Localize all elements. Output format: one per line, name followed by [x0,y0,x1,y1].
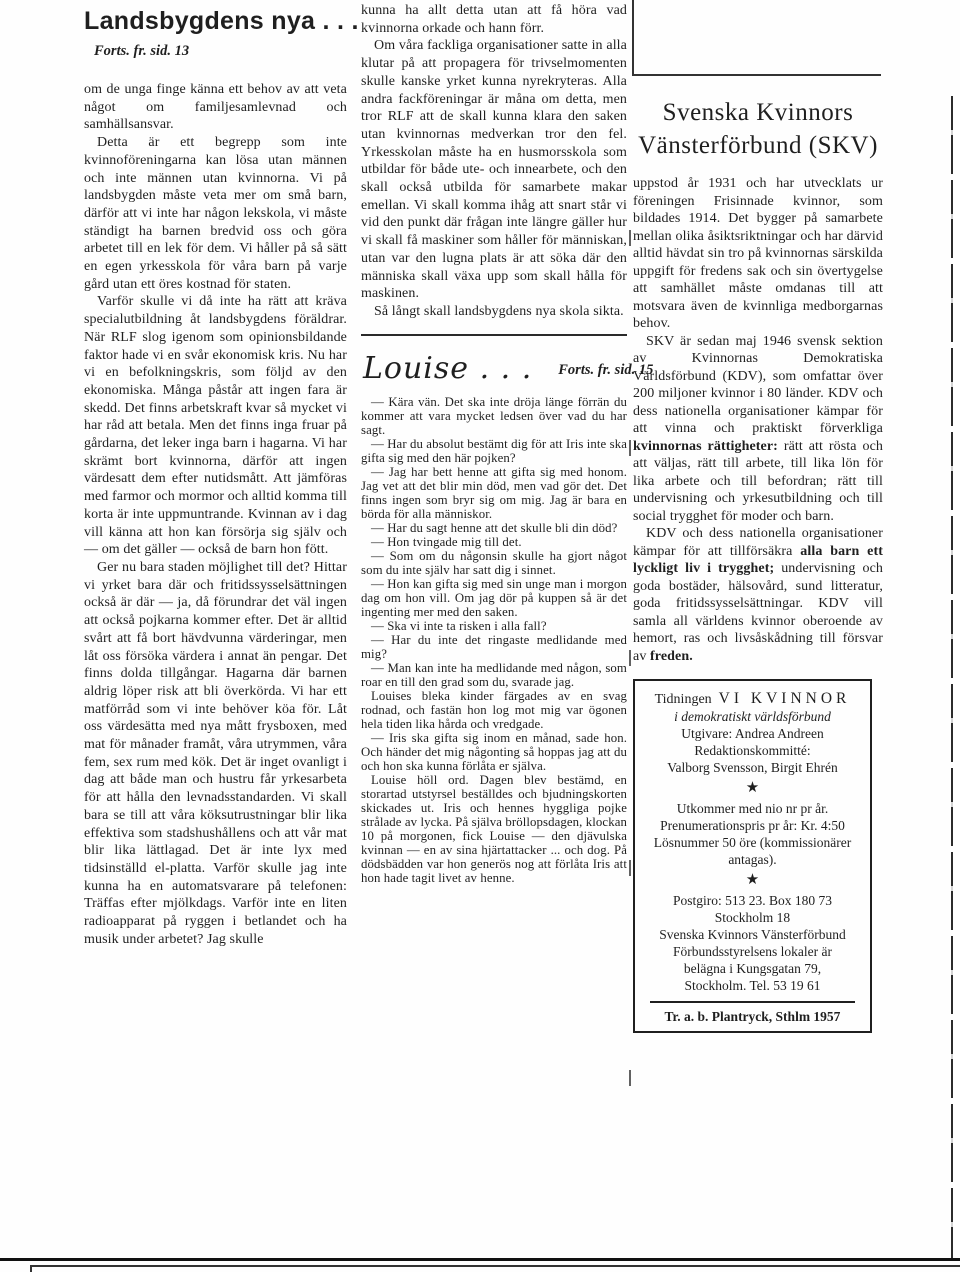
paragraph: Detta är ett begrepp som inte kvinnoföre… [84,134,347,293]
paragraph: Louise höll ord. Dagen blev bestämd, en … [361,773,627,885]
section-divider [361,334,627,336]
skv-article-title: Svenska KvinnorsVänsterförbund (SKV) [633,96,883,162]
infobox-subtitle: i demokratiskt världsförbund [640,708,865,725]
paragraph: — Ska vi inte ta risken i alla fall? [361,619,627,633]
infobox-postgiro: Postgiro: 513 23. Box 180 73 [640,892,865,909]
paragraph: — Som om du någonsin skulle ha gjort någ… [361,549,627,577]
infobox-single-copy-price: Lösnummer 50 öre (kommissionärer antagas… [640,834,865,868]
infobox-committee-label: Redaktionskommitté: [640,742,865,759]
infobox-postal-city: Stockholm 18 [640,909,865,926]
infobox-journal-name: TidningenVI KVINNOR [640,690,865,708]
paragraph: — Kära vän. Det ska inte dröja länge för… [361,395,627,437]
column-rule-dashes [629,230,631,1140]
paragraph: — Har du sagt henne att det skulle bli d… [361,521,627,535]
paragraph: kunna ha allt detta utan att få höra vad… [361,2,627,37]
top-right-box-bottom-edge [632,74,881,76]
louise-article-header: Louise . . .Forts. fr. sid. 15 [363,351,627,386]
skv-title-line1: Svenska Kvinnors [663,99,854,126]
louise-article-title: Louise . . . [363,351,532,386]
paragraph: — Hon kan gifta sig med sin unge man i m… [361,577,627,619]
star-icon: ★ [640,778,865,799]
newspaper-page: Landsbygdens nya . . . Forts. fr. sid. 1… [0,0,960,1272]
skv-article: Svenska KvinnorsVänsterförbund (SKV) upp… [633,96,883,1033]
infobox-journal-title: VI KVINNOR [719,690,851,707]
paragraph: — Hon tvingade mig till det. [361,535,627,549]
paragraph: Louises bleka kinder färgades av en svag… [361,689,627,731]
paragraph: KDV och dess nationella organisationer k… [633,525,883,665]
paragraph: — Iris ska gifta sig inom en månad, sade… [361,731,627,773]
infobox-publisher: Utgivare: Andrea Andreen [640,725,865,742]
infobox-committee-members: Valborg Svensson, Birgit Ehrén [640,759,865,776]
left-article-body: om de unga finge känna ett behov av att … [84,81,347,948]
louise-article-body: — Kära vän. Det ska inte dröja länge för… [361,395,627,885]
paragraph: Varför skulle vi då inte ha rätt att krä… [84,293,347,559]
paragraph: om de unga finge känna ett behov av att … [84,81,347,134]
left-article: Landsbygdens nya . . . Forts. fr. sid. 1… [84,6,347,948]
middle-column-body: kunna ha allt detta utan att få höra vad… [361,2,627,321]
paragraph: SKV är sedan maj 1946 svensk sektion av … [633,333,883,526]
infobox-subscription-price: Prenumerationspris pr år: Kr. 4:50 [640,817,865,834]
paragraph: — Man kan inte ha medlidande med någon, … [361,661,627,689]
paragraph: — Jag har bett henne att gifta sig med h… [361,465,627,521]
paragraph: Ger nu bara staden möjlighet till det? H… [84,559,347,948]
star-icon: ★ [640,870,865,891]
bottom-rule-secondary [30,1265,960,1267]
infobox-imprint: Tr. a. b. Plantryck, Sthlm 1957 [640,1008,865,1025]
skv-article-body: uppstod år 1931 och har utvecklats ur fö… [633,175,883,665]
infobox-journal-prefix: Tidningen [655,692,712,707]
paragraph: Om våra fackliga organisationer satte in… [361,37,627,303]
left-article-title: Landsbygdens nya . . . [84,6,347,36]
info-box: TidningenVI KVINNOR i demokratiskt värld… [633,679,872,1033]
middle-column: kunna ha allt detta utan att få höra vad… [361,2,627,885]
infobox-office-line3: Stockholm. Tel. 53 19 61 [640,977,865,994]
paragraph: Så långt skall landsbygdens nya skola si… [361,303,627,321]
paragraph: — Har du absolut bestämt dig för att Iri… [361,437,627,465]
infobox-office-line1: Förbundsstyrelsens lokaler är [640,943,865,960]
infobox-organization: Svenska Kvinnors Vänsterförbund [640,926,865,943]
infobox-office-line2: belägna i Kungsgatan 79, [640,960,865,977]
top-right-box-left-edge [632,0,634,76]
paragraph: uppstod år 1931 och har utvecklats ur fö… [633,175,883,333]
left-article-continuation-note: Forts. fr. sid. 13 [94,42,347,60]
bottom-rule-corner [30,1265,32,1272]
page-right-edge-rule [951,96,953,1260]
skv-title-line2: Vänsterförbund (SKV) [638,132,878,159]
infobox-divider [650,1001,855,1003]
bottom-rule-primary [0,1258,960,1261]
infobox-frequency: Utkommer med nio nr pr år. [640,800,865,817]
paragraph: — Har du inte det ringaste medlidande me… [361,633,627,661]
